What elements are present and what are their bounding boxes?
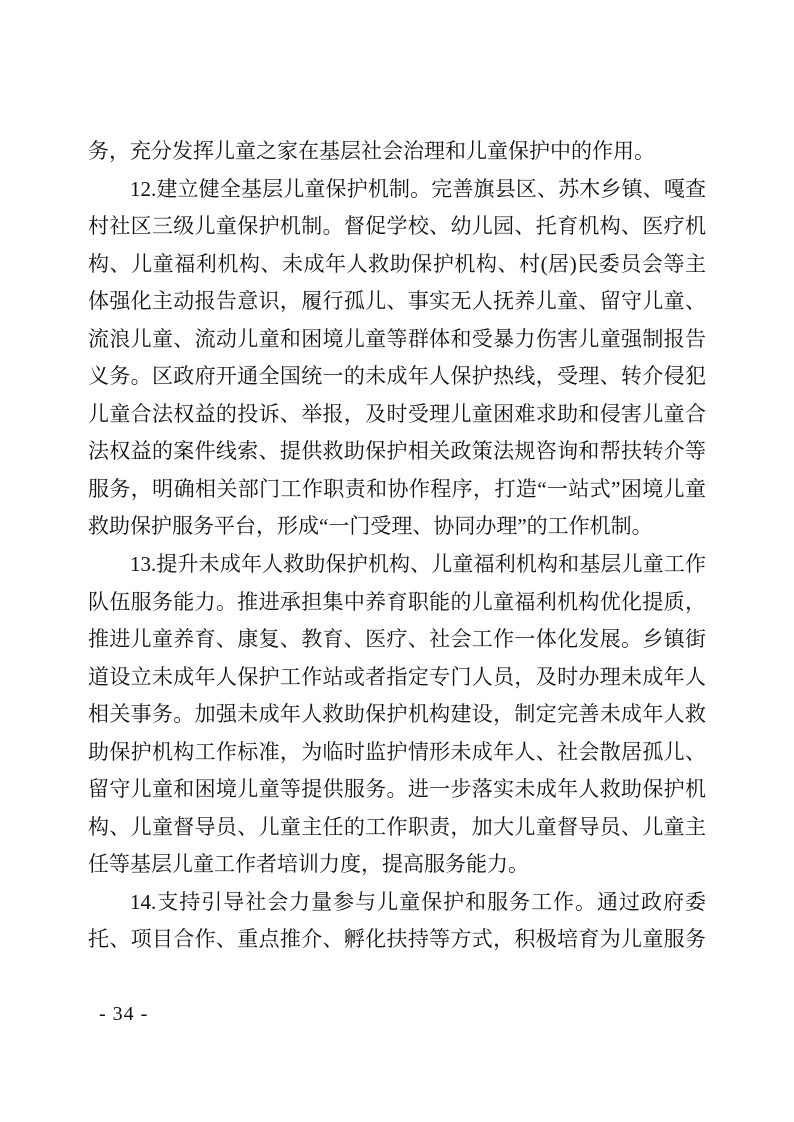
body-line: 任等基层儿童工作者培训力度，提高服务能力。: [88, 846, 706, 884]
body-line: 相关事务。加强未成年人救助保护机构建设，制定完善未成年人救: [88, 696, 706, 734]
body-line: 构、儿童福利机构、未成年人救助保护机构、村(居)民委员会等主: [88, 246, 706, 284]
body-text: 务，充分发挥儿童之家在基层社会治理和儿童保护中的作用。 12.建立健全基层儿童保…: [88, 133, 706, 959]
body-line: 推进儿童养育、康复、教育、医疗、社会工作一体化发展。乡镇街: [88, 621, 706, 659]
body-line: 流浪儿童、流动儿童和困境儿童等群体和受暴力伤害儿童强制报告: [88, 321, 706, 359]
body-line: 留守儿童和困境儿童等提供服务。进一步落实未成年人救助保护机: [88, 771, 706, 809]
body-line: 构、儿童督导员、儿童主任的工作职责，加大儿童督导员、儿童主: [88, 809, 706, 847]
body-line: 服务，明确相关部门工作职责和协作程序，打造“一站式”困境儿童: [88, 471, 706, 509]
body-line: 队伍服务能力。推进承担集中养育职能的儿童福利机构优化提质，: [88, 584, 706, 622]
body-line: 道设立未成年人保护工作站或者指定专门人员，及时办理未成年人: [88, 659, 706, 697]
body-line: 务，充分发挥儿童之家在基层社会治理和儿童保护中的作用。: [88, 133, 706, 171]
body-line: 体强化主动报告意识，履行孤儿、事实无人抚养儿童、留守儿童、: [88, 283, 706, 321]
body-line-item-12-start: 12.建立健全基层儿童保护机制。完善旗县区、苏木乡镇、嘎查: [88, 171, 706, 209]
document-page: 务，充分发挥儿童之家在基层社会治理和儿童保护中的作用。 12.建立健全基层儿童保…: [0, 0, 794, 1122]
page-number: - 34 -: [99, 1003, 148, 1026]
body-line: 助保护机构工作标准，为临时监护情形未成年人、社会散居孤儿、: [88, 734, 706, 772]
body-line-item-14-start: 14.支持引导社会力量参与儿童保护和服务工作。通过政府委: [88, 884, 706, 922]
body-line: 法权益的案件线索、提供救助保护相关政策法规咨询和帮扶转介等: [88, 433, 706, 471]
body-line-item-13-start: 13.提升未成年人救助保护机构、儿童福利机构和基层儿童工作: [88, 546, 706, 584]
body-line: 救助保护服务平台，形成“一门受理、协同办理”的工作机制。: [88, 508, 706, 546]
body-line: 义务。区政府开通全国统一的未成年人保护热线，受理、转介侵犯: [88, 358, 706, 396]
body-line: 村社区三级儿童保护机制。督促学校、幼儿园、托育机构、医疗机: [88, 208, 706, 246]
body-line: 托、项目合作、重点推介、孵化扶持等方式，积极培育为儿童服务: [88, 921, 706, 959]
body-line: 儿童合法权益的投诉、举报，及时受理儿童困难求助和侵害儿童合: [88, 396, 706, 434]
